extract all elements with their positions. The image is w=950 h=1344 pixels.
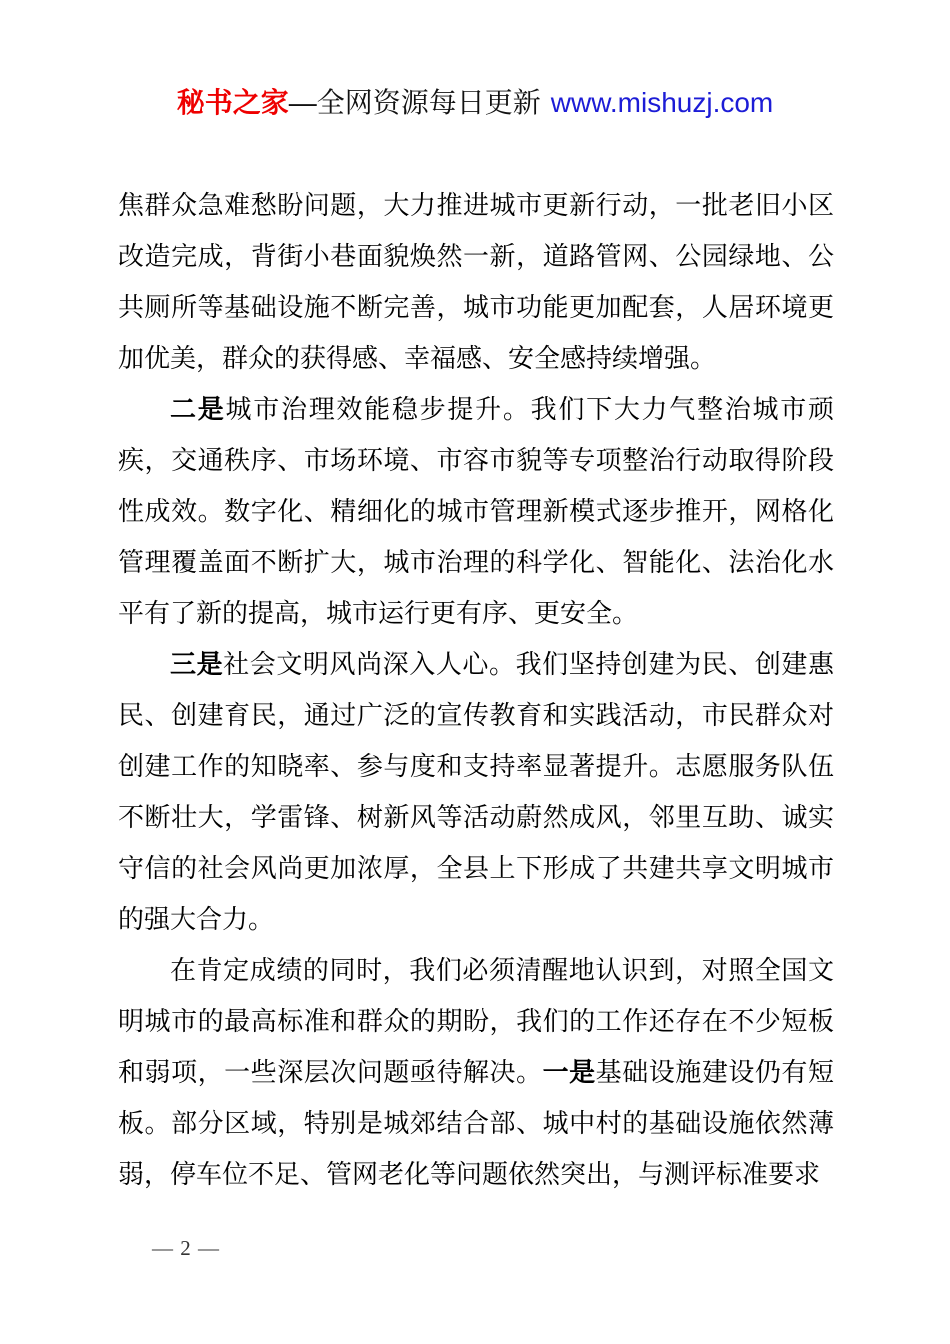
site-brand: 秘书之家 — [177, 87, 289, 118]
page-number: — 2 — — [152, 1236, 220, 1261]
document-page: 秘书之家—全网资源每日更新www.mishuzj.com 焦群众急难愁盼问题，大… — [0, 0, 950, 1344]
site-url-link[interactable]: www.mishuzj.com — [551, 87, 773, 118]
page-header: 秘书之家—全网资源每日更新www.mishuzj.com — [0, 86, 950, 120]
paragraph-text: 城市治理效能稳步提升。我们下大力气整治城市顽疾，交通秩序、市场环境、市容市貌等专… — [118, 394, 834, 628]
paragraph: 二是城市治理效能稳步提升。我们下大力气整治城市顽疾，交通秩序、市场环境、市容市貌… — [118, 384, 834, 639]
paragraph-text: 社会文明风尚深入人心。我们坚持创建为民、创建惠民、创建育民，通过广泛的宣传教育和… — [118, 649, 834, 934]
paragraph-lead-bold: 二是 — [170, 394, 225, 424]
paragraph: 在肯定成绩的同时，我们必须清醒地认识到，对照全国文明城市的最高标准和群众的期盼，… — [118, 945, 834, 1200]
paragraph-lead-bold: 三是 — [170, 649, 223, 679]
paragraph-lead-bold: 一是 — [543, 1057, 596, 1087]
paragraph: 三是社会文明风尚深入人心。我们坚持创建为民、创建惠民、创建育民，通过广泛的宣传教… — [118, 639, 834, 945]
paragraph-text: 焦群众急难愁盼问题，大力推进城市更新行动，一批老旧小区改造完成，背街小巷面貌焕然… — [118, 190, 834, 373]
paragraph: 焦群众急难愁盼问题，大力推进城市更新行动，一批老旧小区改造完成，背街小巷面貌焕然… — [118, 180, 834, 384]
document-body: 焦群众急难愁盼问题，大力推进城市更新行动，一批老旧小区改造完成，背街小巷面貌焕然… — [118, 180, 834, 1200]
site-tagline: —全网资源每日更新 — [289, 87, 541, 118]
